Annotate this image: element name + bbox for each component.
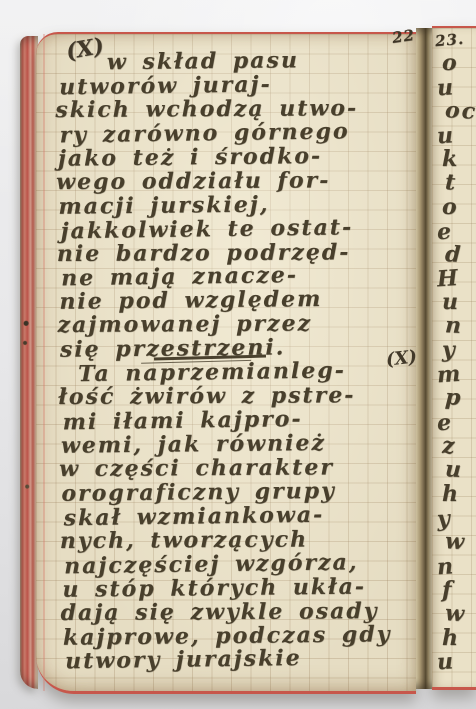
handwriting-fragment: oc bbox=[444, 99, 476, 125]
handwriting-fragment: e bbox=[436, 410, 476, 437]
handwriting-fragment: w bbox=[444, 530, 476, 556]
handwriting-line: dają się zwykle osady bbox=[57, 600, 403, 626]
handwriting-fragment: H bbox=[436, 266, 476, 293]
handwriting-fragment: o bbox=[442, 52, 476, 76]
handwriting-fragment: u bbox=[436, 122, 476, 149]
handwriting-fragment: n bbox=[444, 315, 476, 341]
handwriting-fragment: f bbox=[442, 579, 476, 603]
page-number-right: 23. bbox=[434, 30, 465, 50]
handwriting-fragment: o bbox=[442, 196, 476, 220]
handwriting-line: w części charakter bbox=[55, 456, 401, 482]
binding-gutter bbox=[416, 28, 432, 689]
handwriting-line: mi iłami kajpro- bbox=[58, 407, 404, 436]
inline-x-mark: (X) bbox=[385, 346, 418, 370]
handwriting-fragment: h bbox=[442, 627, 476, 651]
handwriting-line: zajmowanej przez bbox=[54, 312, 400, 338]
handwriting-fragment: y bbox=[442, 339, 476, 363]
handwriting-fragment: u bbox=[436, 649, 476, 676]
right-page-sliver: 23. o u oc u k t o e d H u n y m p e z u… bbox=[432, 26, 476, 690]
handwriting-fragment: u bbox=[444, 458, 476, 484]
handwriting-fragment: n bbox=[436, 553, 476, 580]
right-page-handwriting-fragments: o u oc u k t o e d H u n y m p e z u h y… bbox=[432, 52, 476, 674]
handwriting-fragment: t bbox=[444, 171, 476, 197]
handwriting-fragment: k bbox=[442, 148, 476, 172]
handwriting-fragment: d bbox=[444, 243, 476, 269]
handwriting-line: utwory jurajskie bbox=[61, 646, 407, 675]
handwriting-line: wego oddziału for- bbox=[52, 169, 398, 195]
handwriting-block: w skład pasu utworów juraj- skich wchodz… bbox=[53, 48, 405, 674]
handwriting-fragment: w bbox=[444, 602, 476, 628]
handwriting-line: ry zarówno górnego bbox=[55, 119, 401, 148]
handwriting-line: najczęściej wzgórza, bbox=[60, 550, 406, 579]
left-page: 22. (X) (X) w skład pasu utworów juraj- … bbox=[36, 32, 416, 694]
handwriting-fragment: p bbox=[444, 386, 476, 412]
handwriting-fragment: h bbox=[442, 483, 476, 507]
